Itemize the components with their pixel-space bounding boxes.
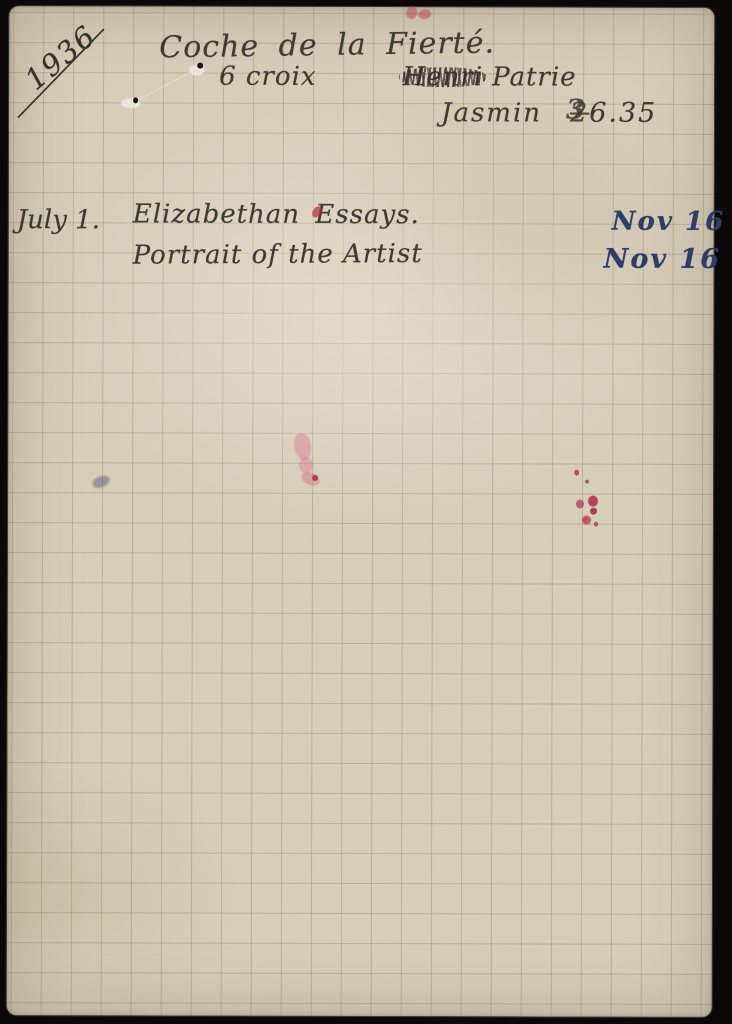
member-phone: Jasmin236.35 [441, 98, 657, 128]
pink-ink-stain [300, 470, 322, 488]
pin-hole [133, 97, 138, 103]
red-ink-dot [585, 480, 589, 484]
library-lending-card: 1936 Coche de la Fierté. 6 croixHenriPat… [7, 6, 715, 1017]
entry-1-book-title: Elizabethan Essays. [133, 200, 420, 229]
phone-overwrite-digit: 3 [566, 96, 587, 126]
red-ink-dot [574, 470, 579, 476]
red-ink-dot [594, 522, 598, 527]
member-name: Coche de la Fierté. [159, 26, 495, 64]
phone-number-rest: 6.35 [589, 98, 657, 129]
red-ink-dot [590, 508, 597, 515]
entry-2-book-title: Portrait of the Artist [133, 240, 423, 270]
phone-exchange: Jasmin [441, 98, 542, 128]
pin-hole [197, 63, 203, 69]
address-struck-word: Henri [403, 63, 484, 92]
year-annotation: 1936 [16, 16, 107, 99]
phone-number: 236.35 [570, 98, 657, 129]
red-ink-dot [588, 496, 598, 507]
ink-smudge [91, 473, 112, 490]
entry-2-return-date: Nov 16 [604, 245, 721, 275]
entry-1-return-date: Nov 16 [612, 208, 726, 237]
address-rest: Patrie [492, 62, 576, 92]
member-address: 6 croixHenriPatrie [219, 63, 576, 93]
red-ink-dot [582, 516, 591, 525]
scan-background: { "card": { "year": "1936", "name": "Coc… [0, 0, 732, 1024]
address-number-street: 6 croix [219, 62, 317, 92]
red-ink-stain [405, 5, 420, 21]
pink-ink-stain [312, 475, 318, 481]
entry-1-borrow-date: July 1. [17, 206, 100, 235]
red-ink-dot [576, 500, 584, 509]
red-ink-stain [417, 8, 432, 20]
